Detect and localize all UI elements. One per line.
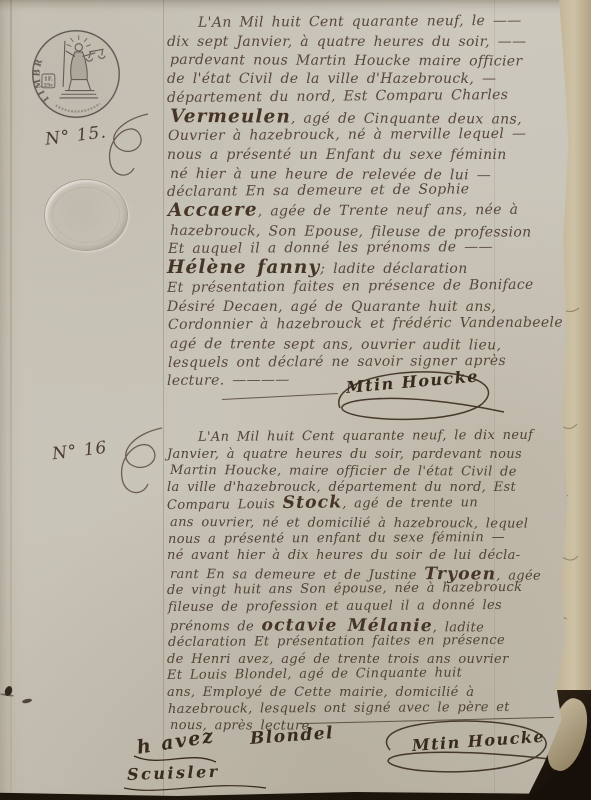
handwritten-line: de vingt huit ans Son épouse, née à haze… [167, 580, 561, 600]
witness-signature: h avez [135, 725, 216, 759]
handwritten-line: Martin Houcke, maire officier de l'état … [170, 463, 564, 481]
handwritten-line: nous a présenté un Enfant du sexe fémini… [167, 146, 561, 165]
embossed-seal [44, 179, 128, 251]
revenue-stamp-icon: TIMBRE 1F. 25c [30, 28, 122, 120]
paraph-flourish-icon [108, 424, 170, 502]
handwritten-line: déclaration Et présentation faites en pr… [168, 633, 562, 652]
handwritten-line: département du nord, Est Comparu Charles [167, 85, 561, 107]
handwritten-line: Comparu Louis Stock, agé de trente un [167, 493, 561, 515]
handwritten-line: Janvier, à quatre heures du soir, pardev… [167, 447, 561, 464]
handwritten-line: Ouvrier à hazebrouck, né à merville lequ… [168, 125, 562, 146]
manuscript-sheet: TIMBRE 1F. 25c [0, 0, 591, 800]
margin-rule-line [163, 0, 164, 800]
handwritten-line: nous a présenté un enfant du sexe fémini… [168, 529, 562, 548]
binding-crease [10, 0, 12, 800]
handwritten-line: fileuse de profession et auquel il a don… [168, 598, 562, 617]
handwritten-line: L'An Mil huit Cent quarante neuf, le dix… [168, 428, 562, 447]
handwritten-line: Cordonnier à hazebrouck et frédéric Vand… [168, 314, 562, 335]
register-page-scan: TIMBRE 1F. 25c [0, 0, 591, 800]
act-16-text: L'An Mil huit Cent quarante neuf, le dix… [167, 430, 561, 735]
handwritten-line: hazebrouck, lesquels ont signé avec le p… [168, 699, 562, 718]
act-15-text: L'An Mil huit Cent quarante neuf, le ——d… [167, 14, 561, 391]
handwritten-line: Accaere, agée de Trente neuf ans, née à [168, 200, 562, 222]
ink-blot [22, 698, 33, 704]
paraph-flourish-icon [98, 110, 156, 184]
act-16-number: N° 16 [51, 438, 108, 465]
denomination-bottom: 25c [43, 82, 53, 88]
handwritten-line: L'An Mil huit Cent quarante neuf, le —— [168, 12, 562, 33]
handwritten-line: dix sept Janvier, à quatre heures du soi… [167, 33, 561, 52]
handwritten-line: Et auquel il a donné les prénoms de —— [168, 238, 562, 259]
handwritten-line: Et Louis Blondel, agé de Cinquante huit [167, 665, 561, 685]
handwritten-line: Et présentation faites en présence de Bo… [167, 275, 561, 297]
handwritten-line: né avant hier à dix heures du soir de lu… [167, 548, 561, 565]
closing-rule [222, 393, 338, 400]
father-signature: Scuisler [127, 762, 220, 784]
handwritten-line: pardevant nous Martin Houcke maire offic… [170, 51, 564, 71]
